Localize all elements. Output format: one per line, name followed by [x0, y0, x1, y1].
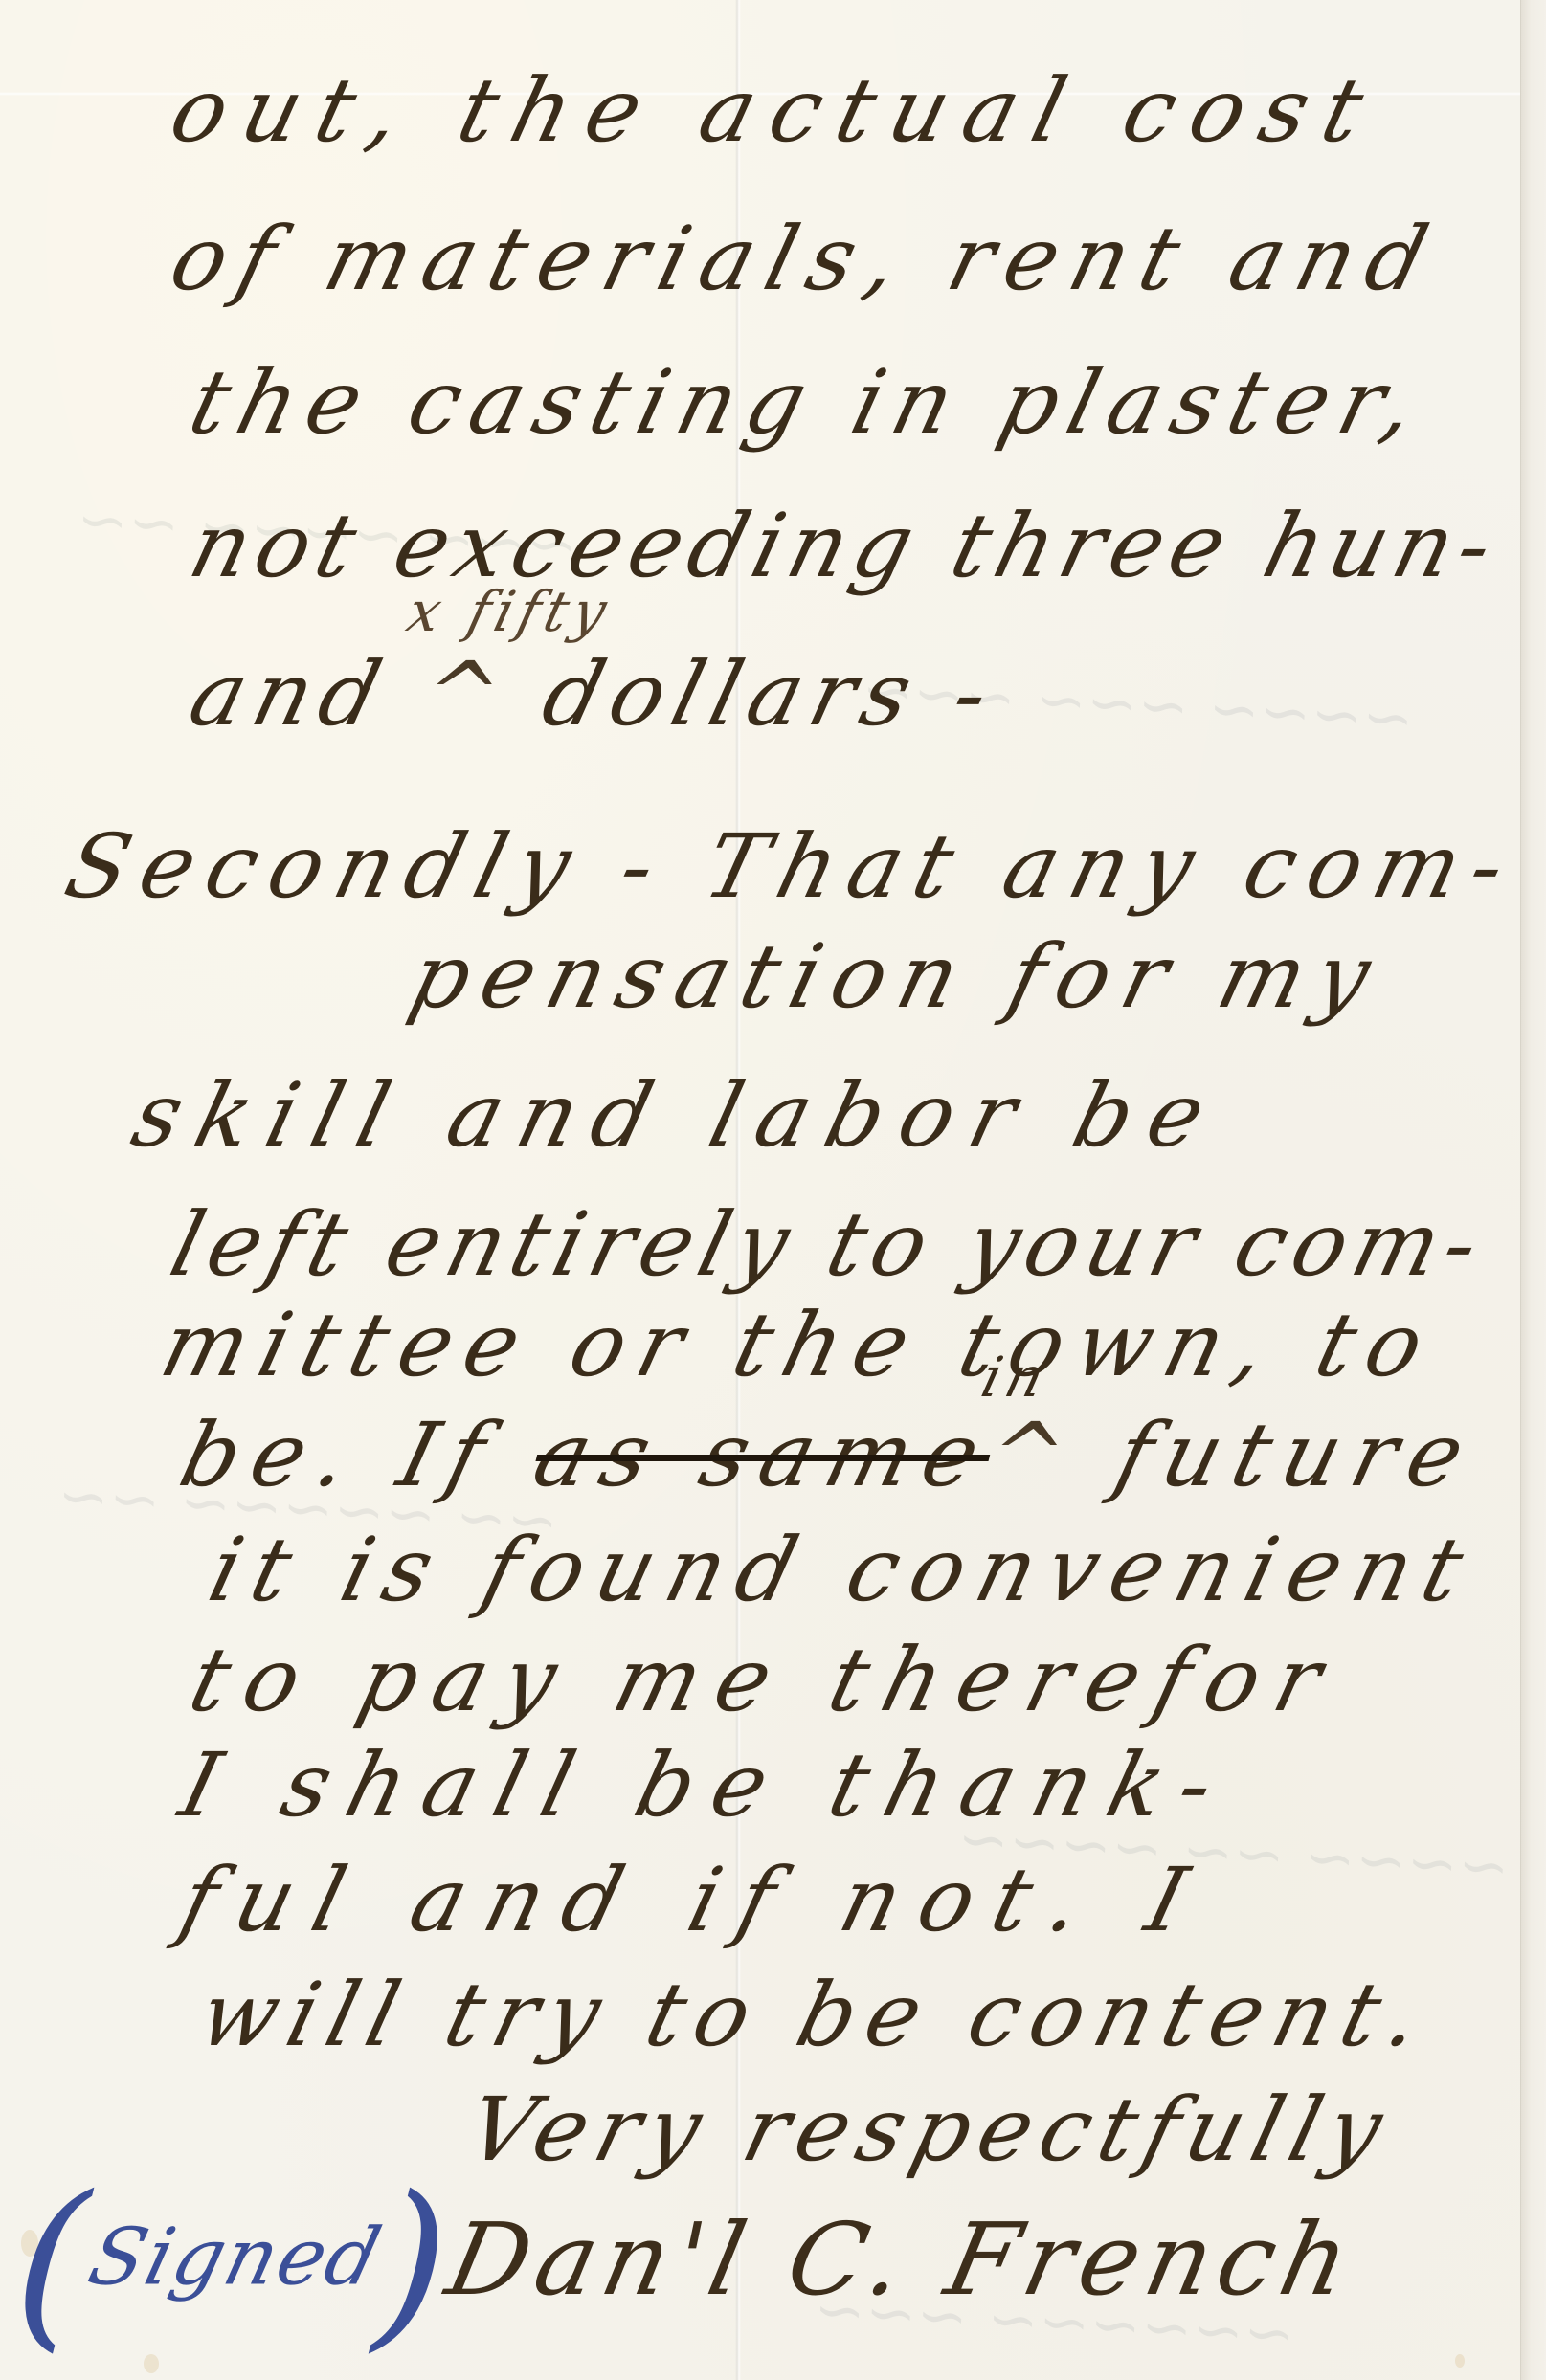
letter-line-16: will try to be content.: [191, 1971, 1441, 2059]
page-edge-border: [1520, 0, 1546, 2380]
letter-line-6: Secondly - That any com-: [57, 823, 1527, 911]
letter-line-4: not exceeding three hun-: [182, 502, 1508, 590]
interlinear-insertion-in: in: [976, 1349, 1055, 1405]
closing-salutation: Very respectfully: [459, 2086, 1400, 2174]
signed-annotation: (Signed): [0, 2172, 474, 2354]
letter-line-10: mittee or the town, to: [153, 1301, 1445, 1390]
letter-line-9: left entirely to your com-: [163, 1201, 1494, 1289]
line-11-start: be. If: [170, 1404, 508, 1506]
letter-line-7: pensation for my: [402, 933, 1392, 1021]
letter-line-12: it is found convenient: [201, 1526, 1484, 1614]
letter-line-14: I shall be thank-: [172, 1742, 1241, 1830]
line-11-end: future: [1106, 1404, 1488, 1506]
letter-line-15: ful and if not. I: [172, 1857, 1216, 1945]
struck-through-text: as same: [525, 1404, 1003, 1506]
letter-line-3: the casting in plaster,: [182, 359, 1435, 447]
letter-page: ~~~ ~~~~ ~~ ~~~~ ~~~ ~~~ ~~ ~~~~~ ~~ ~~~…: [0, 0, 1520, 2380]
letter-line-1: out, the actual cost: [163, 67, 1388, 155]
letter-line-11: be. If as same^ future: [172, 1412, 1486, 1500]
letter-line-13: to pay me therefor: [182, 1636, 1347, 1724]
signed-annotation-text: Signed: [80, 2213, 391, 2303]
signature: Dan'l C. French: [437, 2201, 1367, 2318]
interlinear-insertion-fifty: x fifty: [402, 584, 617, 639]
letter-line-2: of materials, rent and: [163, 215, 1448, 303]
letter-line-8: skill and labor be: [124, 1072, 1230, 1160]
line-5-end: dollars -: [533, 643, 1008, 745]
insertion-caret: ^: [414, 651, 519, 739]
line-5-start: and: [180, 643, 400, 745]
letter-line-5: and ^ dollars -: [182, 651, 1006, 739]
paper-stain: [144, 2354, 159, 2373]
paper-stain: [1455, 2354, 1465, 2368]
